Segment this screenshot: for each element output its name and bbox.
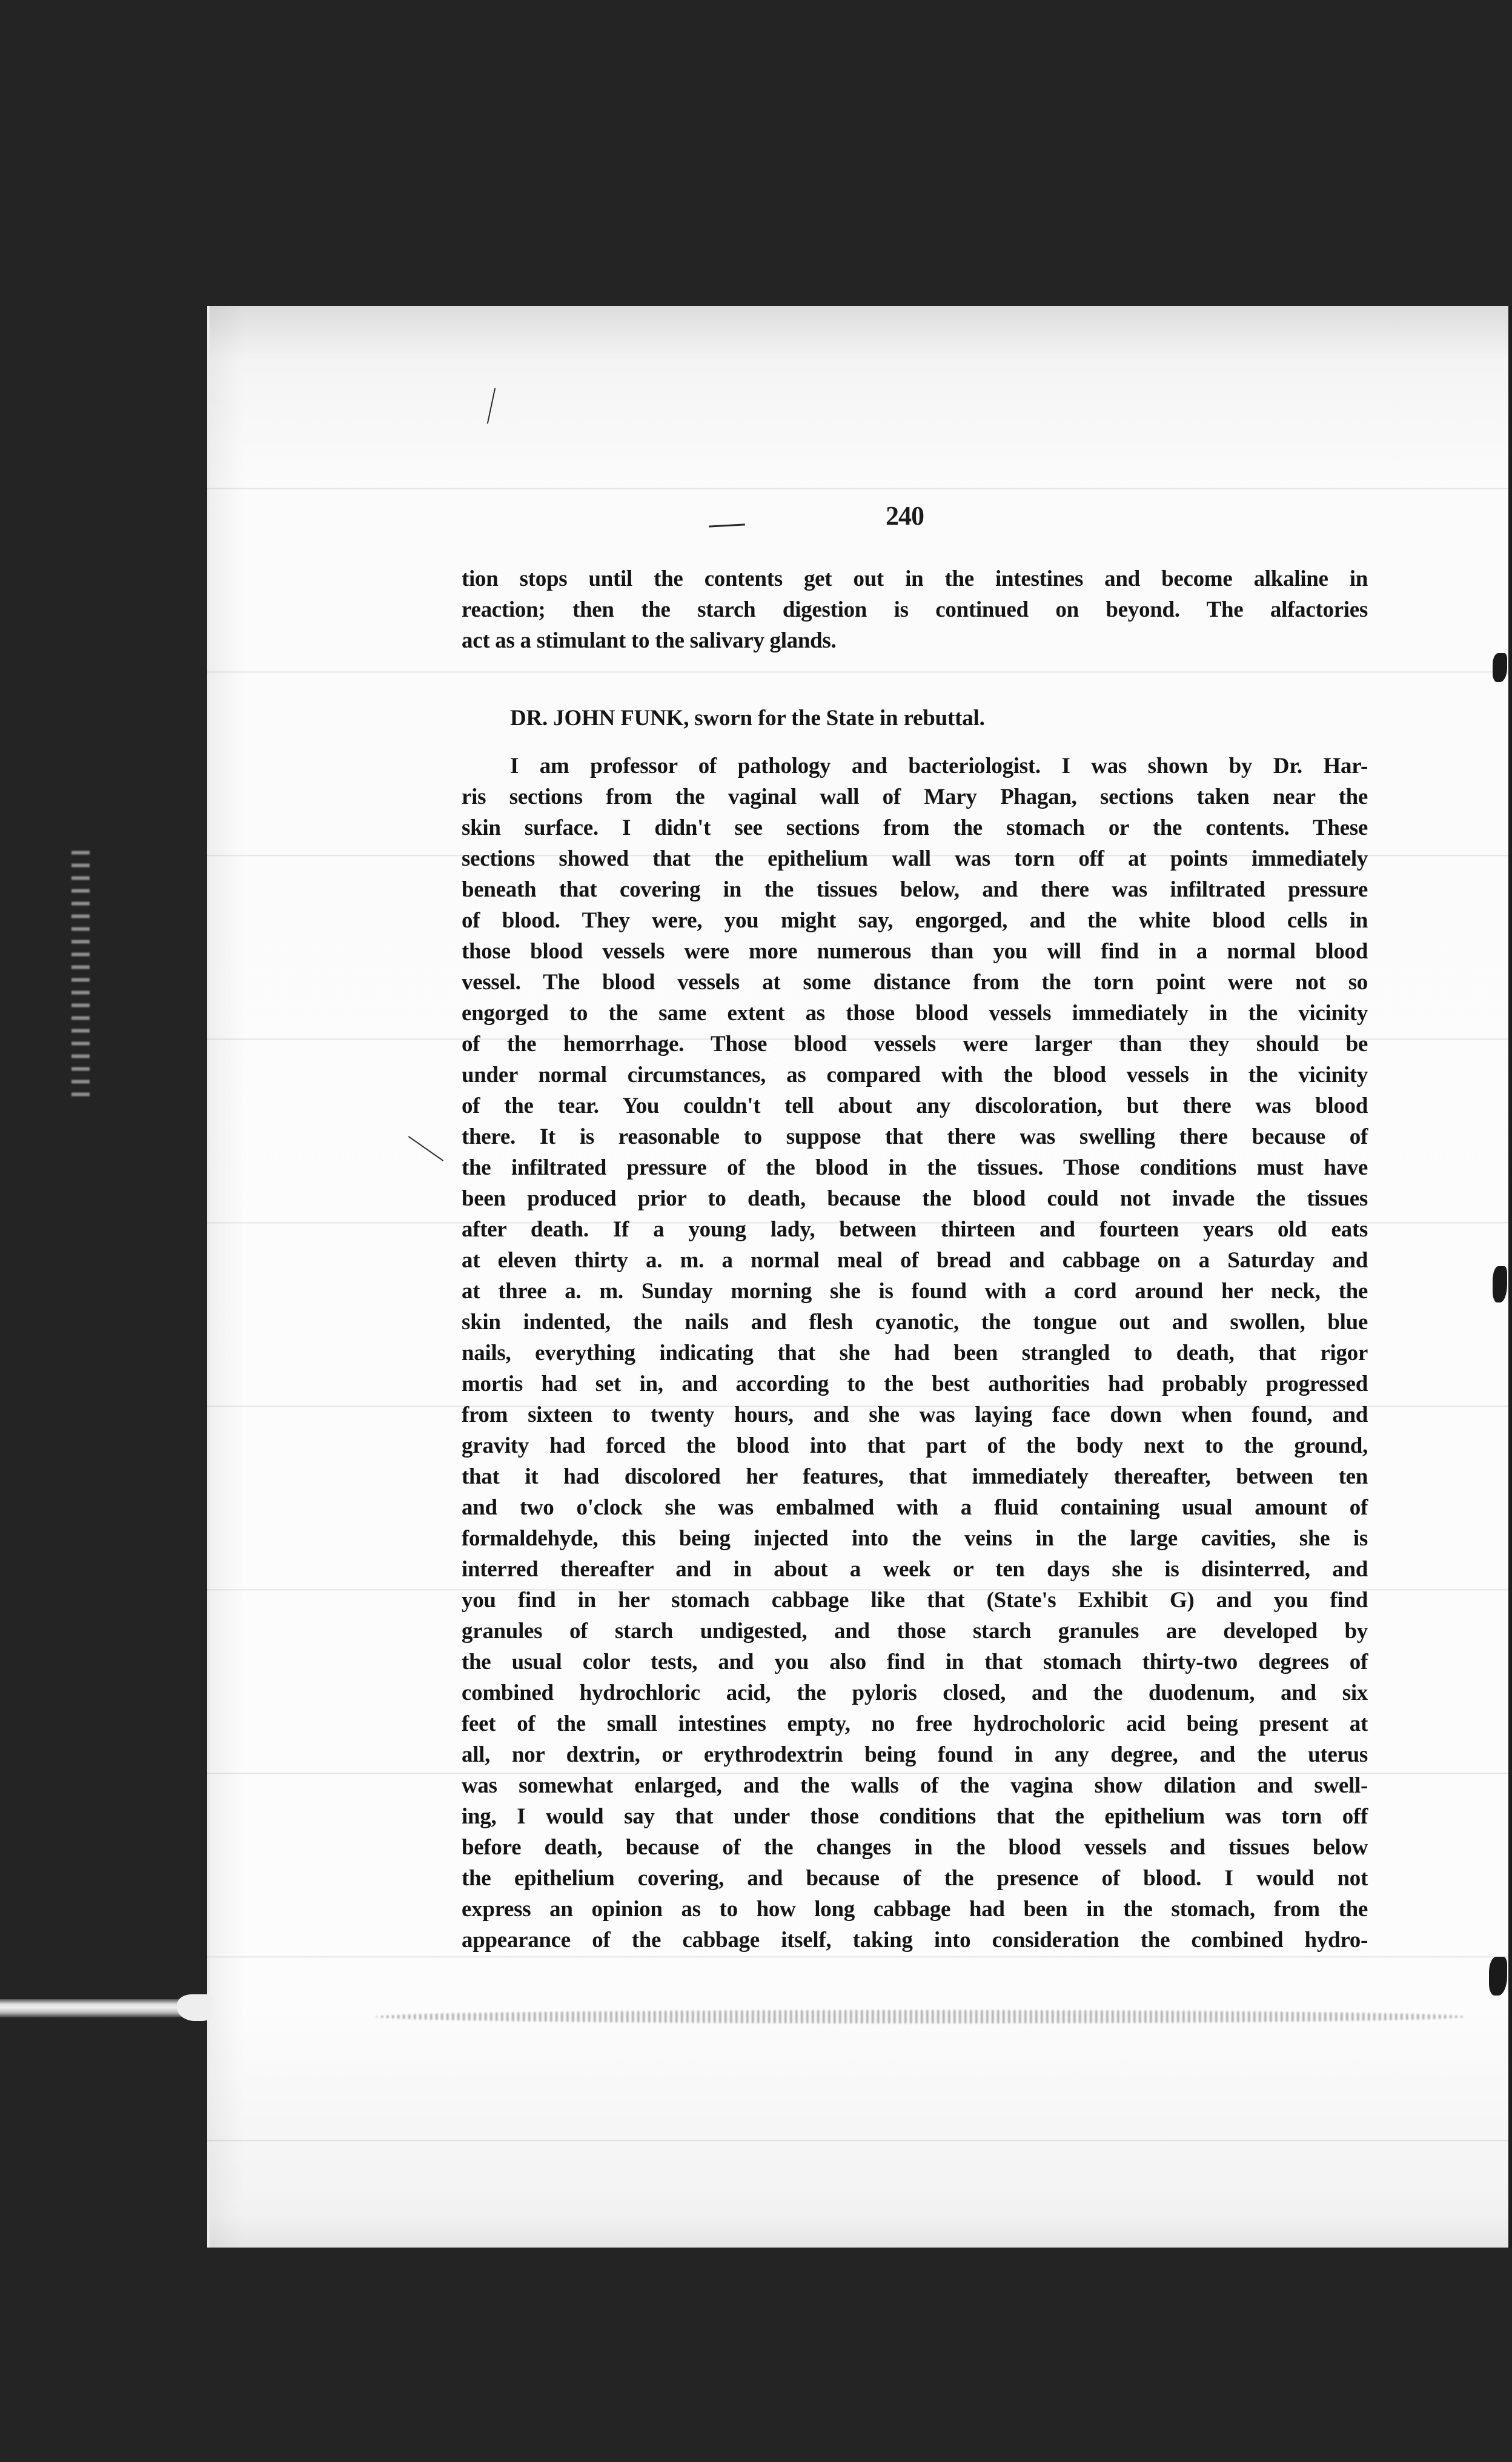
film-scratch-streak	[71, 842, 90, 1097]
text-line: of the hemorrhage. Those blood vessels w…	[462, 1029, 1368, 1060]
text-line: after death. If a young lady, between th…	[462, 1214, 1368, 1245]
text-line: gravity had forced the blood into that p…	[462, 1430, 1368, 1461]
text-line: you find in her stomach cabbage like tha…	[462, 1585, 1368, 1616]
text-line: the infiltrated pressure of the blood in…	[462, 1152, 1368, 1183]
text-line: act as a stimulant to the salivary gland…	[462, 625, 1368, 656]
text-line: appearance of the cabbage itself, taking…	[462, 1925, 1368, 1956]
text-line: that it had discolored her features, tha…	[462, 1461, 1368, 1492]
text-line: was somewhat enlarged, and the walls of …	[462, 1770, 1368, 1801]
text-line: those blood vessels were more numerous t…	[462, 936, 1368, 967]
tape-end-mark	[177, 1994, 213, 2021]
text-line: feet of the small intestines empty, no f…	[462, 1708, 1368, 1739]
page-right-edge	[1508, 306, 1512, 2248]
text-line: there. It is reasonable to suppose that …	[462, 1121, 1368, 1152]
text-line: at eleven thirty a. m. a normal meal of …	[462, 1245, 1368, 1276]
text-line: at three a. m. Sunday morning she is fou…	[462, 1276, 1368, 1307]
text-line: all, nor dextrin, or erythrodextrin bein…	[462, 1739, 1368, 1770]
text-line: ris sections from the vaginal wall of Ma…	[462, 781, 1368, 812]
text-line: of the tear. You couldn't tell about any…	[462, 1090, 1368, 1121]
text-line: engorged to the same extent as those blo…	[462, 998, 1368, 1029]
ghosted-header-text	[715, 154, 1054, 209]
testimony-paragraph: I am professor of pathology and bacterio…	[462, 751, 1368, 1956]
text-line: vessel. The blood vessels at some distan…	[462, 967, 1368, 998]
text-line: interred thereafter and in about a week …	[462, 1554, 1368, 1585]
smudge-mark	[376, 2010, 1466, 2023]
continuation-paragraph: tion stops until the contents get out in…	[462, 563, 1368, 656]
text-line: nails, everything indicating that she ha…	[462, 1338, 1368, 1369]
text-line: express an opinion as to how long cabbag…	[462, 1894, 1368, 1925]
text-line: beneath that covering in the tissues bel…	[462, 874, 1368, 905]
text-line: skin indented, the nails and flesh cyano…	[462, 1307, 1368, 1338]
page-number: 240	[886, 500, 924, 531]
text-line: under normal circumstances, as compared …	[462, 1060, 1368, 1090]
text-line: from sixteen to twenty hours, and she wa…	[462, 1399, 1368, 1430]
edge-blot-mark	[1493, 653, 1507, 682]
text-line: of blood. They were, you might say, engo…	[462, 905, 1368, 936]
edge-blot-mark	[1489, 1957, 1507, 1996]
text-line: I am professor of pathology and bacterio…	[462, 751, 1368, 781]
edge-blot-mark	[1493, 1266, 1507, 1302]
text-line: ing, I would say that under those condit…	[462, 1801, 1368, 1832]
text-line: and two o'clock she was embalmed with a …	[462, 1492, 1368, 1523]
text-line: the usual color tests, and you also find…	[462, 1647, 1368, 1677]
text-line: formaldehyde, this being injected into t…	[462, 1523, 1368, 1554]
text-line: granules of starch undigested, and those…	[462, 1616, 1368, 1647]
witness-heading: DR. JOHN FUNK, sworn for the State in re…	[510, 705, 985, 731]
text-line: reaction; then the starch digestion is c…	[462, 594, 1368, 625]
text-line: tion stops until the contents get out in…	[462, 563, 1368, 594]
text-line: combined hydrochloric acid, the pyloris …	[462, 1677, 1368, 1708]
text-line: sections showed that the epithelium wall…	[462, 843, 1368, 874]
text-line: skin surface. I didn't see sections from…	[462, 812, 1368, 843]
text-line: before death, because of the changes in …	[462, 1832, 1368, 1863]
text-line: been produced prior to death, because th…	[462, 1183, 1368, 1214]
text-line: the epithelium covering, and because of …	[462, 1863, 1368, 1894]
text-line: mortis had set in, and according to the …	[462, 1369, 1368, 1399]
